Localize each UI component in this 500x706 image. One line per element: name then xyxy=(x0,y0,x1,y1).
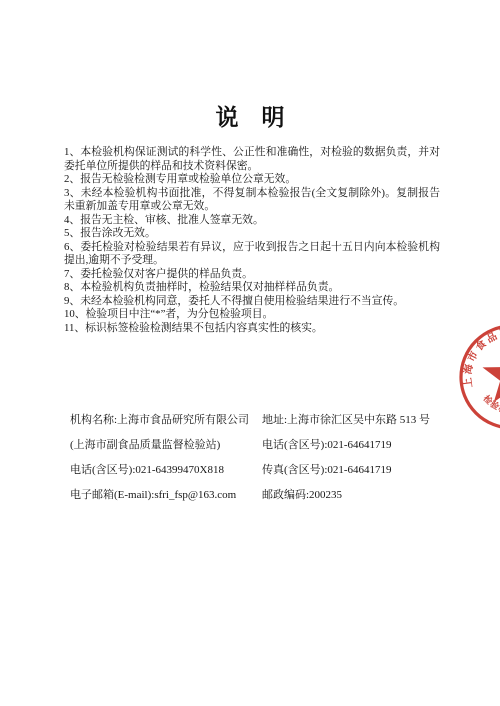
note-item-8: 8、本检验机构负责抽样时，检验结果仅对抽样样品负责。 xyxy=(64,281,440,295)
note-item-1: 1、本检验机构保证测试的科学性、公正性和准确性，对检验的数据负责，并对委托单位所… xyxy=(64,146,440,173)
fax-number: 传真(含区号):021-64641719 xyxy=(262,464,462,477)
institution-name: 机构名称:上海市食品研究所有限公司 xyxy=(70,414,262,427)
postal-code: 邮政编码:200235 xyxy=(262,489,462,502)
note-item-7: 7、委托检验仅对客户提供的样品负责。 xyxy=(64,268,440,282)
note-item-9: 9、未经本检验机构同意，委托人不得擅自使用检验结果进行不当宣传。 xyxy=(64,295,440,309)
contact-row: 电话(含区号):021-64399470X818 传真(含区号):021-646… xyxy=(70,464,462,477)
star-icon xyxy=(483,346,500,402)
contact-row: 电子邮箱(E-mail):sfri_fsp@163.com 邮政编码:20023… xyxy=(70,489,462,502)
contact-row: 机构名称:上海市食品研究所有限公司 地址:上海市徐汇区吴中东路 513 号 xyxy=(70,414,462,427)
note-item-11: 11、标识标签检验检测结果不包括内容真实性的核实。 xyxy=(64,322,440,336)
email-address: 电子邮箱(E-mail):sfri_fsp@163.com xyxy=(70,489,262,502)
contact-row: (上海市副食品质量监督检验站) 电话(含区号):021-64641719 xyxy=(70,439,462,452)
note-item-2: 2、报告无检验检测专用章或检验单位公章无效。 xyxy=(64,173,440,187)
page-title: 说 明 xyxy=(0,99,500,132)
institution-alias: (上海市副食品质量监督检验站) xyxy=(70,439,262,452)
instructions-page: 说 明 1、本检验机构保证测试的科学性、公正性和准确性，对检验的数据负责，并对委… xyxy=(0,0,500,706)
phone-number-2: 电话(含区号):021-64399470X818 xyxy=(70,464,262,477)
note-item-10: 10、检验项目中注“*”者，为分包检验项目。 xyxy=(64,308,440,322)
address: 地址:上海市徐汇区吴中东路 513 号 xyxy=(262,414,462,427)
note-item-5: 5、报告涂改无效。 xyxy=(64,227,440,241)
note-item-4: 4、报告无主检、审核、批准人签章无效。 xyxy=(64,214,440,228)
official-seal-stamp: 上海市食品研究所有限公司 检验检测专用章 xyxy=(453,318,500,438)
phone-number: 电话(含区号):021-64641719 xyxy=(262,439,462,452)
note-item-3: 3、未经本检验机构书面批准，不得复制本检验报告(全文复制除外)。复制报告未重新加… xyxy=(64,187,440,214)
notes-list: 1、本检验机构保证测试的科学性、公正性和准确性，对检验的数据负责，并对委托单位所… xyxy=(64,146,440,335)
contact-block: 机构名称:上海市食品研究所有限公司 地址:上海市徐汇区吴中东路 513 号 (上… xyxy=(70,414,462,514)
note-item-6: 6、委托检验对检验结果若有异议，应于收到报告之日起十五日内向本检验机构提出,逾期… xyxy=(64,241,440,268)
